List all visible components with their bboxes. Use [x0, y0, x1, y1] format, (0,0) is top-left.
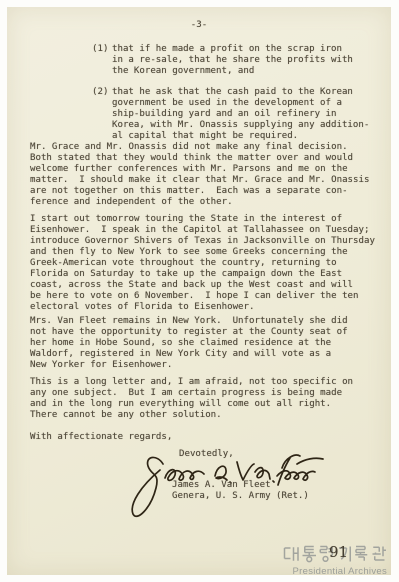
text-line: not have the opportunity to register at … [30, 327, 348, 338]
item-2-text: that he ask that the cash paid to the Ko… [112, 87, 369, 142]
text-line: matter. I should make it clear that Mr. … [30, 175, 369, 186]
text-line: This is a long letter and, I am afraid, … [30, 377, 353, 388]
text-line: be here to vote on 6 November. I hope I … [30, 291, 375, 302]
paragraph-grace-onassis: Mr. Grace and Mr. Onassis did not make a… [30, 142, 369, 208]
text-line: New Yorker for Eisenhower. [30, 360, 348, 371]
item-1-text: that if he made a profit on the scrap ir… [112, 44, 353, 77]
text-line: are not together on this matter. Each wa… [30, 186, 369, 197]
typed-signature-title: Genera, U. S. Army (Ret.) [172, 491, 309, 502]
text-line: I start out tomorrow touring the State i… [30, 214, 375, 225]
text-line: and then fly to New York to see some Gre… [30, 247, 375, 258]
text-line: Mr. Grace and Mr. Onassis did not make a… [30, 142, 369, 153]
letter-page: -3- (1) that if he made a profit on the … [7, 7, 391, 575]
numbered-item-1: (1) that if he made a profit on the scra… [92, 44, 353, 77]
text-line: any one subject. But I am certain progre… [30, 388, 353, 399]
text-line: Eisenhower. I speak in the Capitol at Ta… [30, 225, 375, 236]
hangul-gwan-glyph [371, 545, 388, 563]
regards-line: With affectionate regards, [30, 432, 172, 443]
text-line: welcome further conferences with Mr. Par… [30, 164, 369, 175]
text-line: There cannot be any other solution. [30, 410, 353, 421]
text-line: Florida on Saturday to take up the campa… [30, 269, 375, 280]
text-line: introduce Governor Shivers of Texas in J… [30, 236, 375, 247]
archives-english-label: Presidential Archives [282, 566, 387, 577]
text-line: that if he made a profit on the scrap ir… [112, 44, 353, 55]
text-line: in a re-sale, that he share the profits … [112, 55, 353, 66]
archives-watermark: 대통령기록관 91 Presidential A [282, 545, 387, 577]
paragraph-campaign-tour: I start out tomorrow touring the State i… [30, 214, 375, 313]
numbered-item-2: (2) that he ask that the cash paid to th… [92, 87, 369, 142]
page-number: -3- [7, 20, 391, 31]
page-stamp: 91 [329, 543, 348, 561]
text-line: that he ask that the cash paid to the Ko… [112, 87, 369, 98]
hangul-dae-glyph [283, 545, 300, 563]
text-line: al capital that might be required. [112, 131, 369, 142]
text-line: ference and independent of the other. [30, 197, 369, 208]
hangul-rok-glyph [353, 545, 370, 563]
text-line: Mrs. Van Fleet remains in New York. Unfo… [30, 316, 348, 327]
paragraph-mrs-van-fleet: Mrs. Van Fleet remains in New York. Unfo… [30, 316, 348, 371]
paragraph-closing-thoughts: This is a long letter and, I am afraid, … [30, 377, 353, 421]
text-line: government be used in the development of… [112, 98, 369, 109]
typed-signature-name: James A. Van Fleet [172, 480, 271, 491]
text-line: Greek-American vote throughout the count… [30, 258, 375, 269]
text-line: Korea, with Mr. Onassis supplying any ad… [112, 120, 369, 131]
text-line: the Korean government, and [112, 66, 353, 77]
hangul-tong-glyph [301, 545, 318, 563]
archives-korean-glyphs: 91 [282, 545, 387, 563]
text-line: Waldorf, registered in New York City and… [30, 349, 348, 360]
text-line: ship-building yard and an oil refinery i… [112, 109, 369, 120]
text-line: her home in Hobe Sound, so she claimed r… [30, 338, 348, 349]
item-2-marker: (2) [92, 87, 109, 142]
item-1-marker: (1) [92, 44, 109, 77]
text-line: Both stated that they would think the ma… [30, 153, 369, 164]
text-line: coast, across the State and back up the … [30, 280, 375, 291]
text-line: electoral votes of Florida to Eisenhower… [30, 302, 375, 313]
text-line: and in the long run everything will come… [30, 399, 353, 410]
